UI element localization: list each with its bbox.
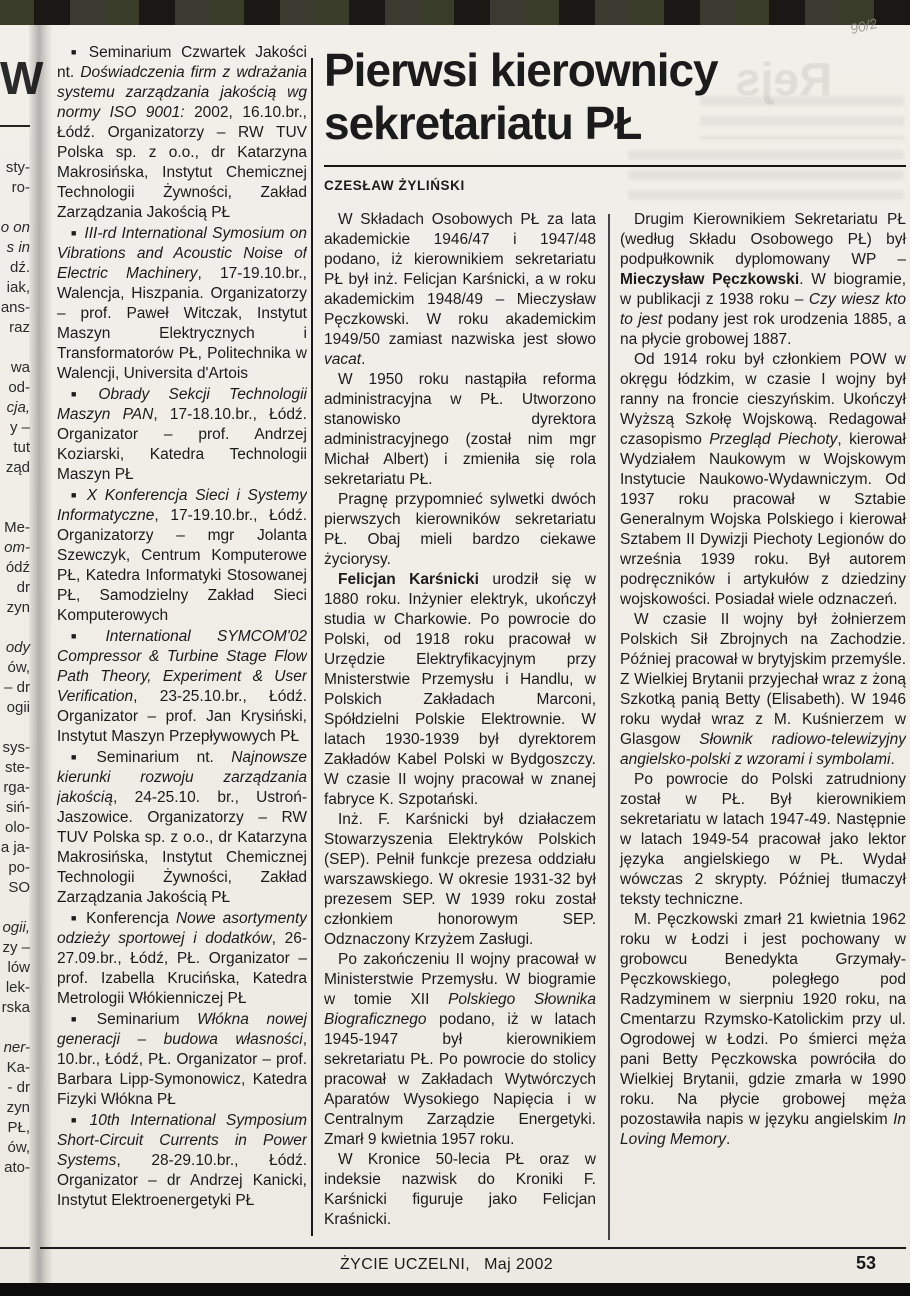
edge-text-fragment: zyn [0,1098,30,1118]
event-item: ■III-rd International Symosium on Vibrat… [57,223,307,384]
bleed-through-text [628,150,904,208]
edge-text-fragment: ste- [0,758,30,778]
article-column-2: Drugim Kierownikiem Sekretariatu PŁ (wed… [620,210,906,1236]
edge-text-fragment: ato- [0,1158,30,1178]
edge-text-fragment: lek- [0,978,30,998]
paragraph: Pragnę przypomnieć sylwetki dwóch pierws… [324,490,596,570]
edge-text-fragment: o on [0,218,30,238]
paragraph: Po powrocie do Polski zatrudniony został… [620,770,906,910]
edge-text-fragment: ans- [0,298,30,318]
gutter-shadow [29,25,53,1283]
edge-gap [0,618,30,638]
edge-text-fragment: zyn [0,598,30,618]
paragraph: Od 1914 roku był członkiem POW w okręgu … [620,350,906,610]
edge-text-fragment: rga- [0,778,30,798]
edge-text-fragment: om- [0,538,30,558]
event-item: ■X Konferencja Sieci i Systemy Informaty… [57,485,307,626]
bullet-square-icon: ■ [71,228,77,238]
footer-journal: ŻYCIE UCZELNI,Maj 2002 [340,1256,553,1274]
paragraph: W czasie II wojny był żołnierzem Polskic… [620,610,906,770]
edge-text-fragment: SO [0,878,30,898]
edge-text-fragment: tut [0,438,30,458]
issue-date: Maj 2002 [484,1256,553,1273]
edge-text-fragment: – dr [0,678,30,698]
edge-text-fragment: PŁ, [0,1118,30,1138]
edge-text-fragment: siń- [0,798,30,818]
paragraph: Felicjan Karśnicki urodził się w 1880 ro… [324,570,596,810]
event-item: ■Obrady Sekcji Technologii Maszyn PAN, 1… [57,384,307,485]
events-list: ■Seminarium Czwartek Jakości nt. Doświad… [57,42,307,1242]
article-column-1: W Składach Osobowych PŁ za lata akademic… [324,210,596,1236]
bullet-square-icon: ■ [71,1014,90,1024]
edge-text-fragment: zy – [0,938,30,958]
edge-text-fragment: wa [0,358,30,378]
edge-gap [0,718,30,738]
edge-gap [0,198,30,218]
paragraph: W 1950 roku nastąpiła reforma administra… [324,370,596,490]
edge-rule-fragment [0,125,30,127]
edge-text-fragment: iak, [0,278,30,298]
edge-text-fragment: ner- [0,1038,30,1058]
event-item: ■Konferencja Nowe asortymenty odzieży sp… [57,908,307,1009]
edge-text-fragment: ogii, [0,918,30,938]
event-item: ■Seminarium Włókna nowej generacji – bud… [57,1009,307,1110]
event-item: ■Seminarium nt. Najnowsze kierunki rozwo… [57,747,307,908]
bullet-square-icon: ■ [71,389,91,399]
journal-name: ŻYCIE UCZELNI, [340,1256,470,1273]
edge-gap [0,898,30,918]
edge-text-fragment: po- [0,858,30,878]
paragraph: W Składach Osobowych PŁ za lata akademic… [324,210,596,370]
event-item: ■10th International Symposium Short-Circ… [57,1110,307,1211]
edge-text-fragment: Ka- [0,1058,30,1078]
edge-text-fragment: sys- [0,738,30,758]
bullet-square-icon: ■ [71,490,80,500]
event-item: ■International SYMCOM'02 Compressor & Tu… [57,626,307,747]
edge-text-fragment: s in [0,238,30,258]
edge-gap [0,338,30,358]
edge-text-fragment: dr [0,578,30,598]
edge-text-fragment: dź. [0,258,30,278]
edge-gap [0,478,30,498]
event-item: ■Seminarium Czwartek Jakości nt. Doświad… [57,42,307,223]
page-number: 53 [856,1253,876,1274]
edge-gap [0,138,30,158]
edge-text-fragment: - dr [0,1078,30,1098]
article-columns: W Składach Osobowych PŁ za lata akademic… [324,210,906,1236]
column-rule-vertical [311,58,313,1236]
edge-text-fragment: Me- [0,518,30,538]
edge-text-fragment: cja, [0,398,30,418]
paragraph: Inż. F. Karśnicki był działaczem Stowarz… [324,810,596,950]
edge-text-fragment: sty- [0,158,30,178]
edge-gap [0,1018,30,1038]
bullet-square-icon: ■ [71,752,90,762]
edge-text-fragment: ódź [0,558,30,578]
paragraph: M. Pęczkowski zmarł 21 kwietnia 1962 rok… [620,910,906,1150]
paragraph: W Kronice 50-lecia PŁ oraz w indeksie na… [324,1150,596,1230]
scan-top-edge [0,0,910,25]
edge-gap [0,498,30,518]
edge-text-fragment: olo- [0,818,30,838]
edge-text-fragment: raz [0,318,30,338]
edge-text-fragment: lów [0,958,30,978]
article: Pierwsi kierownicy sekretariatu PŁ CZESŁ… [324,44,906,1236]
edge-text-fragment: ro- [0,178,30,198]
footer-rule [40,1247,906,1249]
edge-text-fragment: ów, [0,658,30,678]
bullet-square-icon: ■ [71,47,82,57]
edge-text-fragment: ogii [0,698,30,718]
scanned-magazine-page: Wsty-ro-o ons indź.iak,ans-razwaod-cja,y… [0,0,910,1296]
bullet-square-icon: ■ [71,913,79,923]
paragraph: Po zakończeniu II wojny pracował w Minis… [324,950,596,1150]
bullet-square-icon: ■ [71,1115,83,1125]
edge-text-fragment: y – [0,418,30,438]
bullet-square-icon: ■ [71,631,98,641]
edge-text-fragment: od- [0,378,30,398]
edge-text-fragment: rska [0,998,30,1018]
paragraph: Drugim Kierownikiem Sekretariatu PŁ (wed… [620,210,906,350]
edge-footer-rule-fragment [0,1247,30,1249]
bleed-through-text [700,96,904,140]
edge-text-fragment: ów, [0,1138,30,1158]
scan-bottom-edge [0,1283,910,1296]
left-page-fragments: Wsty-ro-o ons indź.iak,ans-razwaod-cja,y… [0,46,30,1178]
edge-text-fragment: ody [0,638,30,658]
edge-text-fragment: a ja- [0,838,30,858]
edge-headline-fragment: W [0,46,30,116]
edge-text-fragment: ząd [0,458,30,478]
column-divider [608,214,610,1240]
